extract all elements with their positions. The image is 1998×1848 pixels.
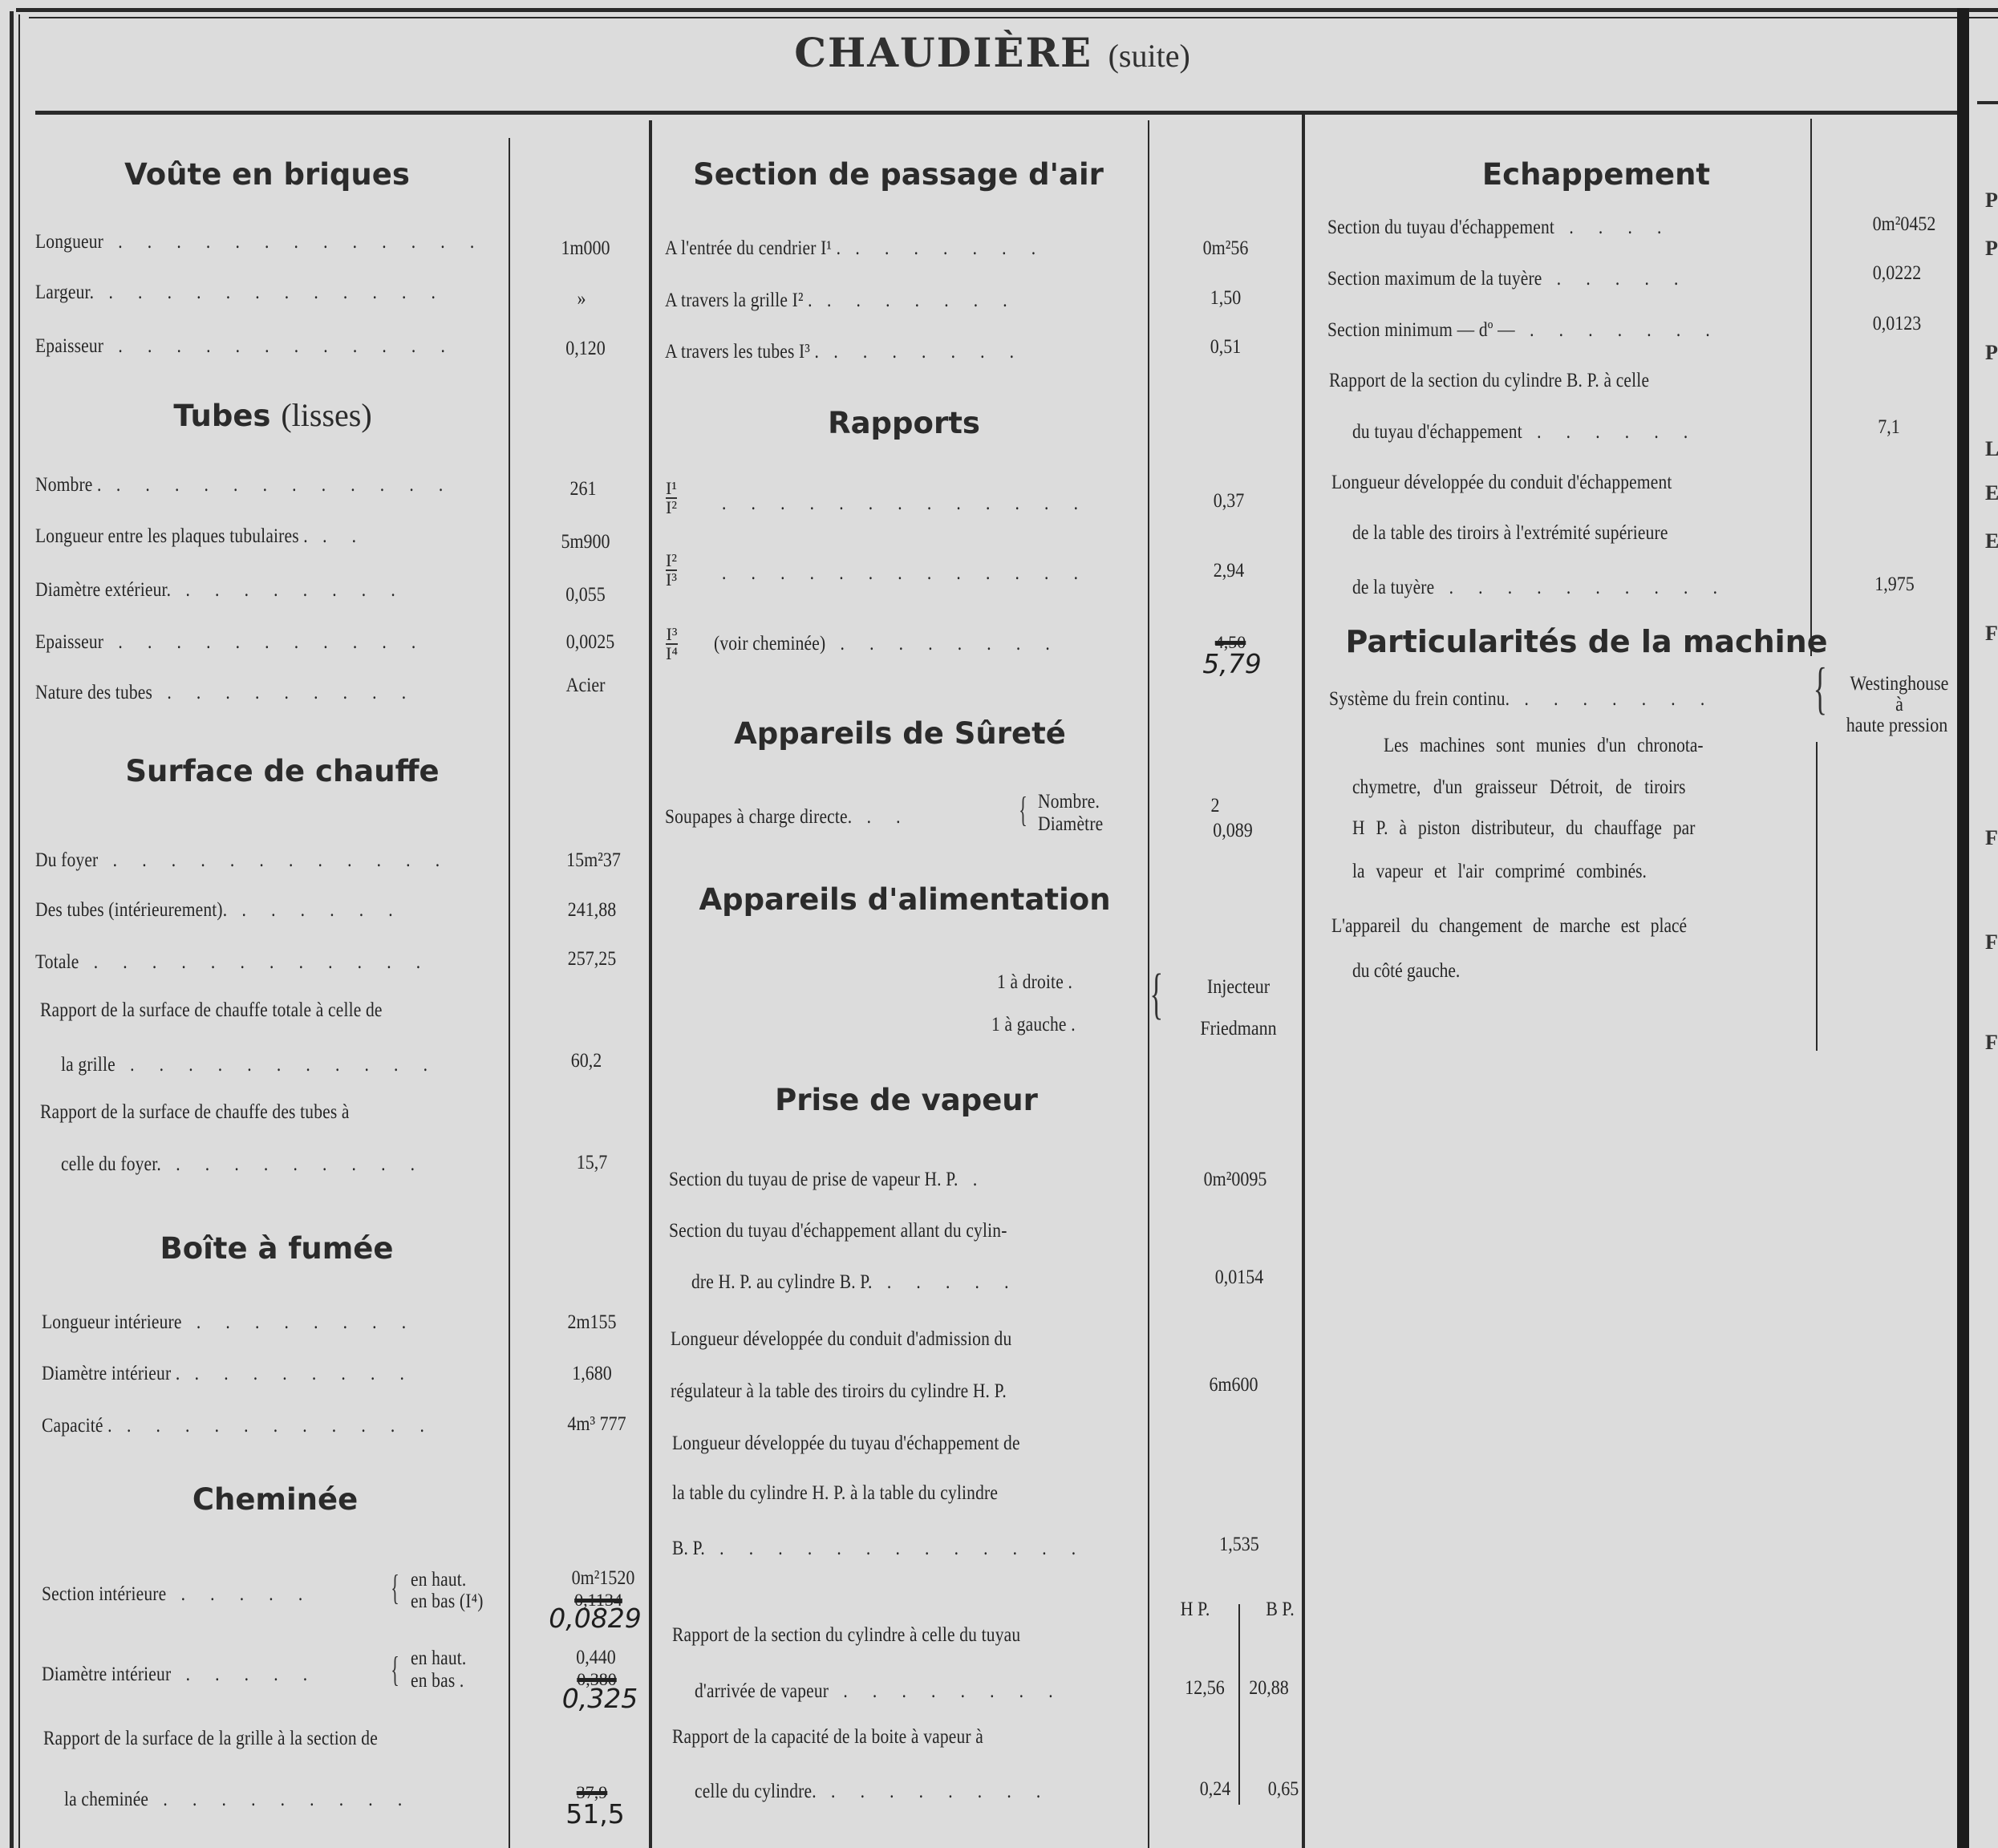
value-tubes-longueur: 5m900 bbox=[561, 530, 610, 554]
edge-letter: F bbox=[1985, 826, 1998, 850]
alimentation-gauche: 1 à gauche . bbox=[991, 1013, 1076, 1037]
value-rapport-section-hp: 12,56 bbox=[1185, 1676, 1225, 1700]
value-cheminee-diametre-bas-handwritten: 0,325 bbox=[562, 1683, 638, 1714]
value-rapport-section-bp: 20,88 bbox=[1249, 1676, 1289, 1700]
row-cheminee-section: Section intérieure . . . . . bbox=[42, 1583, 313, 1607]
row-echappement-rapport: Rapport de la section du cylindre B. P. … bbox=[1329, 369, 1649, 393]
value-tubes-nature: Acier bbox=[566, 674, 606, 698]
value-passage-grille: 1,50 bbox=[1210, 286, 1242, 310]
value-voute-epaisseur: 0,120 bbox=[565, 337, 606, 361]
binding-band bbox=[1957, 8, 1969, 1848]
row-frein: Système du frein continu. . . . . . . . bbox=[1329, 687, 1715, 711]
heading-surete: Appareils de Sûreté bbox=[734, 716, 1066, 751]
row-surface-rapport-foyer: Rapport de la surface de chauffe des tub… bbox=[40, 1100, 350, 1125]
row-prise-rapport-section-cont: d'arrivée de vapeur . . . . . . . . bbox=[695, 1680, 1064, 1704]
value-boite-capacite: 4m³ 777 bbox=[567, 1412, 626, 1437]
edge-letter: L bbox=[1985, 437, 1998, 461]
paragraph-equipment-line1: Les machines sont munies d'un chronota- bbox=[1384, 734, 1704, 758]
brace-icon: { bbox=[1019, 794, 1027, 826]
value-rapport-capacite-bp: 0,65 bbox=[1268, 1777, 1299, 1801]
value-frein-3: haute pression bbox=[1846, 714, 1947, 738]
value-voute-largeur: » bbox=[578, 287, 586, 311]
edge-letter: F bbox=[1985, 622, 1998, 646]
fraction-i2-i3: I²I³ bbox=[666, 552, 677, 589]
heading-surface: Surface de chauffe bbox=[125, 754, 439, 788]
heading-cheminee: Cheminée bbox=[193, 1482, 358, 1517]
value-rapport-i1-i2: 0,37 bbox=[1214, 489, 1245, 513]
hp-bp-divider bbox=[1238, 1604, 1240, 1805]
heading-passage: Section de passage d'air bbox=[693, 157, 1104, 192]
paragraph-equipment-line4: la vapeur et l'air comprimé combinés. bbox=[1352, 860, 1647, 884]
heading-alimentation: Appareils d'alimentation bbox=[699, 882, 1110, 917]
heading-boite: Boîte à fumée bbox=[160, 1231, 394, 1266]
edge-letter: E bbox=[1985, 529, 1998, 553]
value-tubes-nombre: 261 bbox=[570, 477, 597, 501]
row-cheminee-diametre: Diamètre intérieur . . . . . bbox=[42, 1663, 318, 1687]
heading-echappement: Echappement bbox=[1482, 157, 1710, 192]
col1-value-divider bbox=[509, 138, 510, 1848]
value-echappement-section: 0m²0452 bbox=[1873, 213, 1936, 237]
col3-value-divider-bottom bbox=[1816, 742, 1818, 1051]
value-cheminee-diametre-haut: 0,440 bbox=[576, 1646, 616, 1670]
value-prise-longueur-echappement: 1,535 bbox=[1219, 1533, 1259, 1557]
value-surface-rapport-foyer: 15,7 bbox=[577, 1151, 608, 1175]
edge-letter: P bbox=[1985, 188, 1998, 213]
value-echappement-max: 0,0222 bbox=[1873, 261, 1922, 286]
value-surface-foyer: 15m²37 bbox=[566, 849, 621, 873]
left-border-outer bbox=[10, 11, 14, 1848]
row-surface-tubes: Des tubes (intérieurement). . . . . . . bbox=[35, 898, 403, 922]
value-rapport-capacite-hp: 0,24 bbox=[1200, 1777, 1231, 1801]
edge-letter: P bbox=[1985, 237, 1998, 261]
row-voute-epaisseur: Epaisseur . . . . . . . . . . . . bbox=[35, 334, 456, 359]
row-prise-rapport-capacite: Rapport de la capacité de la boite à vap… bbox=[672, 1725, 983, 1749]
row-surface-rapport-grille-cont: la grille . . . . . . . . . . . bbox=[61, 1053, 438, 1077]
row-prise-admission: Longueur développée du conduit d'admissi… bbox=[671, 1327, 1011, 1352]
value-surete-nombre: 2 bbox=[1211, 794, 1220, 818]
row-prise-section: Section du tuyau de prise de vapeur H. P… bbox=[669, 1168, 987, 1192]
edge-letter: P bbox=[1985, 341, 1998, 365]
rapport-dots: . . . . . . . . . . . . . bbox=[722, 492, 1088, 516]
heading-rapports: Rapports bbox=[828, 406, 980, 440]
row-echappement-longueur-cont2: de la tuyère . . . . . . . . . . bbox=[1352, 576, 1728, 600]
edge-letter: F bbox=[1985, 1031, 1998, 1055]
edge-letter: E bbox=[1985, 481, 1998, 505]
row-prise-longueur-echappement: Longueur développée du tuyau d'échappeme… bbox=[672, 1432, 1020, 1456]
brace-icon: { bbox=[1149, 979, 1163, 1011]
value-surete-diametre: 0,089 bbox=[1213, 819, 1253, 843]
value-surface-totale: 257,25 bbox=[568, 947, 617, 971]
row-prise-echappement: Section du tuyau d'échappement allant du… bbox=[669, 1219, 1007, 1243]
row-passage-grille: A travers la grille I² . . . . . . . . bbox=[665, 289, 1018, 313]
value-cheminee-section-haut: 0m²1520 bbox=[572, 1566, 635, 1591]
row-prise-longueur-echappement-cont: la table du cylindre H. P. à la table du… bbox=[672, 1481, 998, 1506]
cheminee-diametre-sub1: en haut. bbox=[411, 1647, 466, 1671]
row-echappement-longueur: Longueur développée du conduit d'échappe… bbox=[1331, 471, 1672, 495]
heading-particularites: Particularités de la machine bbox=[1346, 624, 1828, 659]
title-main: CHAUDIÈRE bbox=[794, 29, 1092, 76]
row-cheminee-rapport-cont: la cheminée . . . . . . . . . bbox=[64, 1788, 412, 1812]
row-surface-totale: Totale . . . . . . . . . . . . bbox=[35, 950, 431, 975]
row-echappement-longueur-cont: de la table des tiroirs à l'extrémité su… bbox=[1352, 521, 1668, 545]
row-boite-capacite: Capacité . . . . . . . . . . . . bbox=[42, 1414, 435, 1438]
value-tubes-diametre: 0,055 bbox=[565, 583, 606, 607]
value-prise-section: 0m²0095 bbox=[1204, 1168, 1267, 1192]
fraction-i1-i2: I¹I² bbox=[666, 480, 677, 517]
row-passage-tubes: A travers les tubes I³ . . . . . . . . bbox=[665, 340, 1024, 364]
fraction-i3-i4: I³I⁴ bbox=[666, 626, 678, 663]
top-border-thin bbox=[29, 17, 1998, 18]
row-tubes-nature: Nature des tubes . . . . . . . . . bbox=[35, 681, 416, 705]
row-passage-cendrier: A l'entrée du cendrier I¹ . . . . . . . … bbox=[665, 237, 1046, 261]
title-suffix: (suite) bbox=[1108, 38, 1190, 74]
value-tubes-epaisseur: 0,0025 bbox=[566, 630, 615, 654]
value-surface-tubes: 241,88 bbox=[568, 898, 617, 922]
surete-sub-nombre: Nombre. bbox=[1038, 790, 1100, 814]
value-passage-cendrier: 0m²56 bbox=[1203, 237, 1249, 261]
row-voute-longueur: Longueur . . . . . . . . . . . . . bbox=[35, 230, 484, 254]
heading-voute: Voûte en briques bbox=[124, 157, 410, 192]
row-cheminee-rapport: Rapport de la surface de la grille à la … bbox=[43, 1727, 378, 1751]
value-prise-echappement: 0,0154 bbox=[1215, 1266, 1264, 1290]
row-prise-echappement-cont: dre H. P. au cylindre B. P. . . . . . bbox=[691, 1270, 1019, 1295]
brace-icon: { bbox=[391, 1572, 399, 1604]
rapport-dots: . . . . . . . . . . . . . bbox=[722, 561, 1088, 586]
alimentation-droite: 1 à droite . bbox=[997, 971, 1072, 995]
row-prise-longueur-echappement-cont2: B. P. . . . . . . . . . . . . . bbox=[672, 1537, 1086, 1561]
col3-value-divider-top bbox=[1810, 119, 1812, 656]
value-surface-rapport-grille: 60,2 bbox=[571, 1049, 602, 1073]
heading-prise: Prise de vapeur bbox=[775, 1083, 1038, 1117]
value-cheminee-section-bas-handwritten: 0,0829 bbox=[549, 1603, 641, 1634]
paragraph-reversing-line1: L'appareil du changement de marche est p… bbox=[1331, 914, 1687, 938]
edge-letter: F bbox=[1985, 930, 1998, 954]
row-boite-longueur: Longueur intérieure . . . . . . . . bbox=[42, 1311, 416, 1335]
surete-sub-diametre: Diamètre bbox=[1038, 813, 1103, 837]
bp-column-header: B P. bbox=[1266, 1598, 1294, 1622]
value-rapport-i2-i3: 2,94 bbox=[1214, 559, 1245, 583]
col2-col3-divider bbox=[1302, 112, 1305, 1848]
left-border-inner bbox=[18, 14, 20, 1848]
top-border-thick bbox=[16, 8, 1998, 12]
value-prise-admission: 6m600 bbox=[1209, 1373, 1258, 1397]
cheminee-diametre-sub2: en bas . bbox=[411, 1669, 464, 1693]
row-surface-rapport-foyer-cont: celle du foyer. . . . . . . . . . bbox=[61, 1153, 425, 1177]
heading-tubes: Tubes (lisses) bbox=[173, 396, 371, 434]
row-echappement-min: Section minimum — dº — . . . . . . . bbox=[1327, 318, 1720, 342]
row-boite-diametre: Diamètre intérieur . . . . . . . . . bbox=[42, 1362, 415, 1386]
cheminee-section-sub2: en bas (I⁴) bbox=[411, 1590, 484, 1614]
paragraph-equipment-line2: chymetre, d'un graisseur Détroit, de tir… bbox=[1352, 776, 1686, 800]
page-title: CHAUDIÈRE (suite) bbox=[794, 29, 1190, 76]
row-tubes-epaisseur: Epaisseur . . . . . . . . . . . bbox=[35, 630, 426, 654]
brace-icon: { bbox=[391, 1654, 399, 1686]
row-prise-rapport-capacite-cont: celle du cylindre. . . . . . . . . bbox=[695, 1780, 1051, 1804]
cheminee-section-sub1: en haut. bbox=[411, 1568, 466, 1592]
row-echappement-section: Section du tuyau d'échappement . . . . bbox=[1327, 216, 1672, 240]
value-voute-longueur: 1m000 bbox=[561, 237, 610, 261]
value-echappement-min: 0,0123 bbox=[1873, 312, 1922, 336]
paragraph-equipment-line3: H P. à piston distributeur, du chauffage… bbox=[1352, 817, 1695, 841]
col1-col2-divider bbox=[649, 120, 652, 1848]
rapport-note: (voir cheminée) . . . . . . . . bbox=[714, 632, 1060, 656]
brace-icon: { bbox=[1814, 672, 1827, 704]
value-boite-longueur: 2m155 bbox=[567, 1311, 616, 1335]
value-rapport-i3-i4-handwritten: 5,79 bbox=[1202, 648, 1261, 679]
row-tubes-diametre: Diamètre extérieur. . . . . . . . . bbox=[35, 578, 406, 602]
value-alimentation-injecteur: Injecteur bbox=[1207, 975, 1270, 999]
row-tubes-nombre: Nombre . . . . . . . . . . . . . bbox=[35, 473, 453, 497]
header-rule bbox=[35, 111, 1960, 115]
value-echappement-rapport: 7,1 bbox=[1878, 415, 1900, 440]
row-prise-rapport-section: Rapport de la section du cylindre à cell… bbox=[672, 1623, 1020, 1647]
row-surface-foyer: Du foyer . . . . . . . . . . . . bbox=[35, 849, 450, 873]
value-echappement-longueur: 1,975 bbox=[1874, 573, 1915, 597]
header-rule-right bbox=[1977, 101, 1998, 104]
row-echappement-rapport-cont: du tuyau d'échappement . . . . . . bbox=[1352, 420, 1698, 444]
row-surface-rapport-grille: Rapport de la surface de chauffe totale … bbox=[40, 999, 383, 1023]
row-voute-largeur: Largeur. . . . . . . . . . . . . bbox=[35, 281, 446, 305]
paragraph-reversing-line2: du côté gauche. bbox=[1352, 959, 1460, 983]
row-tubes-longueur: Longueur entre les plaques tubulaires . … bbox=[35, 525, 367, 549]
value-cheminee-rapport-handwritten: 51,5 bbox=[565, 1798, 624, 1830]
value-alimentation-friedmann: Friedmann bbox=[1200, 1017, 1276, 1041]
value-boite-diametre: 1,680 bbox=[572, 1362, 612, 1386]
row-surete-soupapes: Soupapes à charge directe. . . bbox=[665, 805, 910, 829]
row-prise-admission-cont: régulateur à la table des tiroirs du cyl… bbox=[671, 1380, 1007, 1404]
value-passage-tubes: 0,51 bbox=[1210, 335, 1242, 359]
row-echappement-max: Section maximum de la tuyère . . . . . bbox=[1327, 267, 1688, 291]
hp-column-header: H P. bbox=[1181, 1598, 1210, 1622]
